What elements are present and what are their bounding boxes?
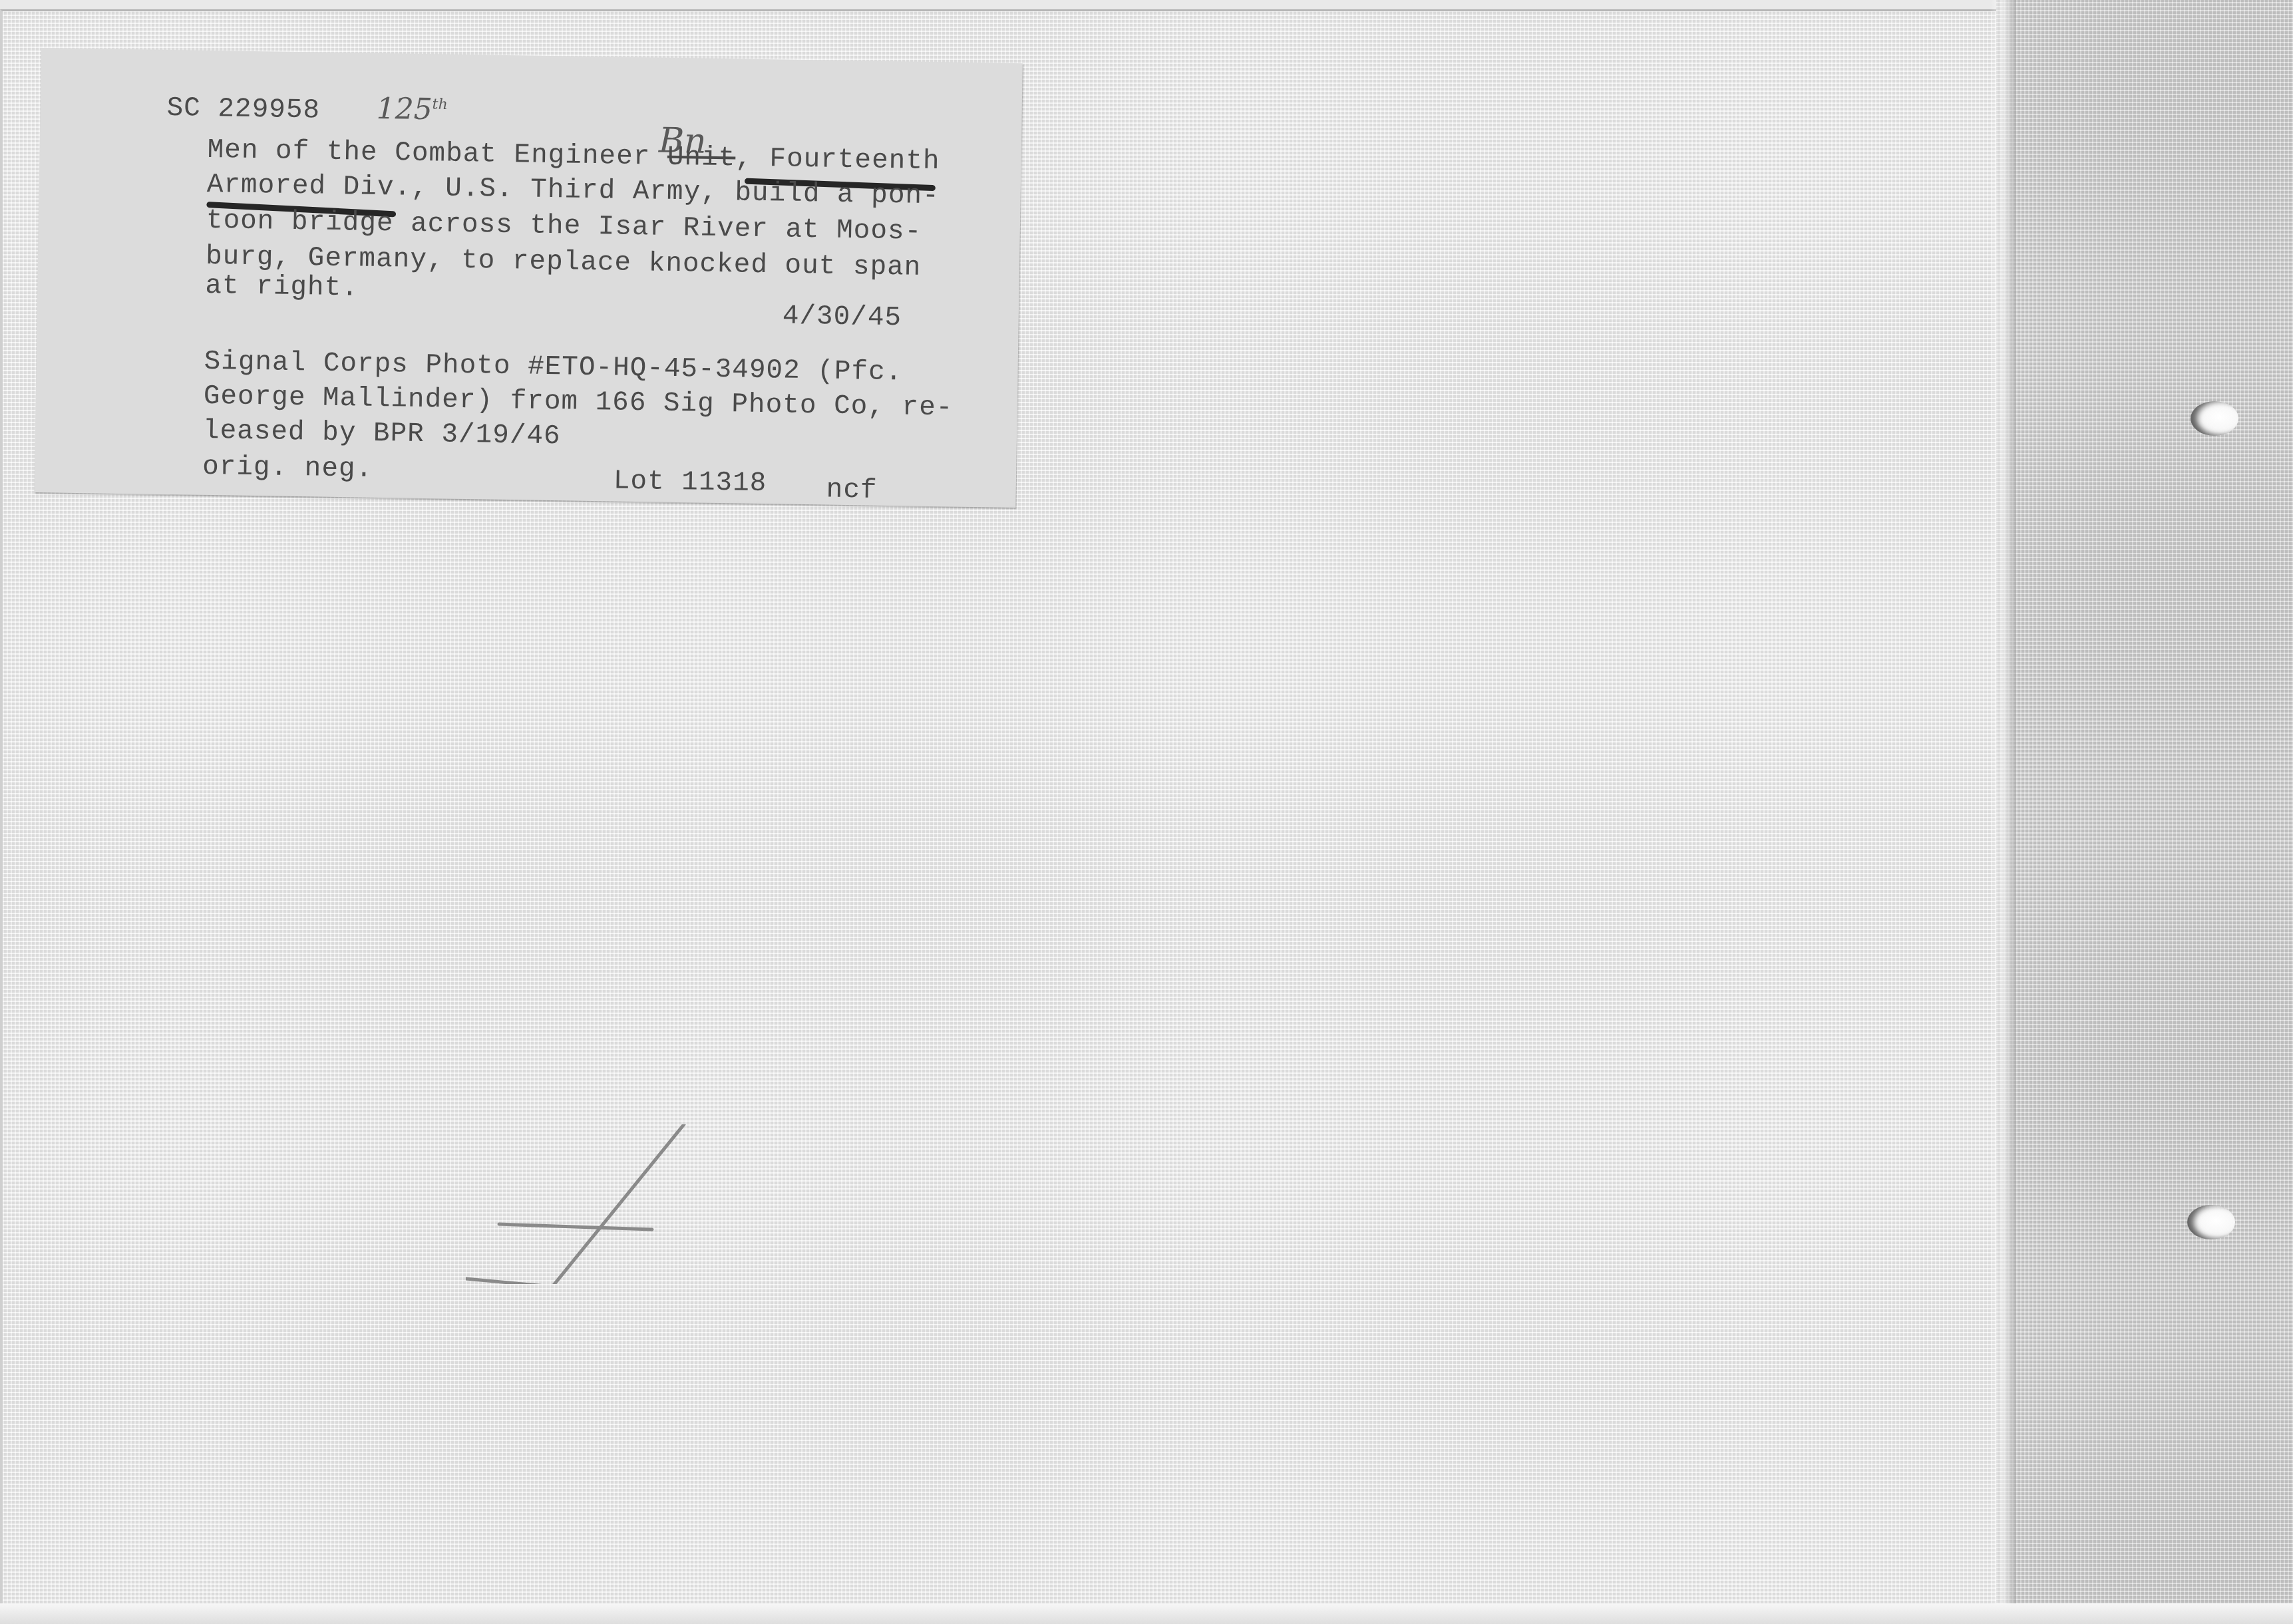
catalog-number: SC 229958: [166, 95, 320, 125]
caption-date: 4/30/45: [782, 303, 902, 333]
pencil-check-mark: [466, 1124, 705, 1284]
handwritten-unit-number: 125th: [376, 92, 448, 127]
caption-label: SC 229958 125th Bn Men of the Combat Eng…: [35, 48, 1023, 508]
credit-line-2: George Mallinder) from 166 Sig Photo Co,…: [203, 383, 953, 422]
caption-line-2: Armored Div., U.S. Third Army, build a p…: [206, 172, 939, 210]
underlined-division: Fourteenth: [769, 144, 940, 177]
punch-hole-top: [2191, 401, 2238, 436]
negative-note: orig. neg.: [202, 454, 373, 484]
binding-strip: [1996, 0, 2293, 1624]
credit-line-3: leased by BPR 3/19/46: [203, 418, 561, 450]
initials: ncf: [826, 477, 877, 505]
caption-line-5: at right.: [205, 273, 359, 303]
credit-line-1: Signal Corps Photo #ETO-HQ-45-34902 (Pfc…: [204, 349, 902, 387]
binding-hinge: [1990, 0, 2016, 1624]
caption-line-3: toon bridge across the Isar River at Moo…: [206, 208, 922, 246]
punch-hole-bottom: [2187, 1205, 2235, 1239]
struck-word: Unit: [667, 142, 735, 174]
mount-bottom-edge: [0, 1603, 2293, 1624]
caption-line-1: Men of the Combat Engineer Unit, Fourtee…: [207, 137, 940, 176]
lot-number: Lot 11318: [614, 468, 767, 498]
underlined-armored-div: Armored Div.: [206, 170, 411, 204]
